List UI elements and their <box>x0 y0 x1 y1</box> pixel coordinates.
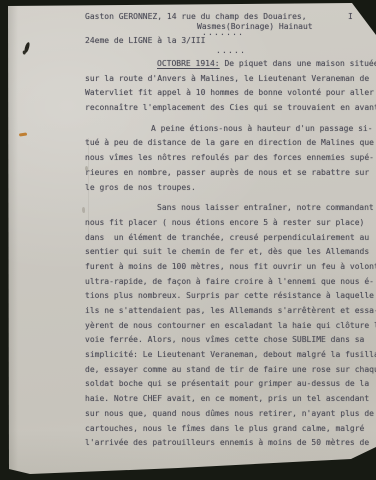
text-line: yèrent de nous contourner en escaladant … <box>85 319 376 334</box>
underlined-date-heading: OCTOBRE 1914: <box>157 59 220 68</box>
text-line: Sans nous laisser entraîner, notre comma… <box>85 201 376 216</box>
ink-blot <box>24 42 31 54</box>
text-line: tions plus nombreux. Surpris par cette r… <box>85 289 376 304</box>
text-line: cartouches, nous le fîmes dans le plus g… <box>85 422 376 437</box>
page-number: I <box>348 12 353 22</box>
scan-background: Gaston GERONNEZ, 14 rue du champ des Dou… <box>0 0 376 480</box>
text-line: OCTOBRE 1914: De piquet dans une maison … <box>85 57 376 72</box>
paragraph: A peine étions-nous à hauteur d'un passa… <box>85 122 376 195</box>
text-line: simplicité: Le Lieutenant Veraneman, deb… <box>85 348 376 363</box>
dotted-separator: ....... <box>202 30 244 36</box>
dotted-separator: ..... <box>216 48 246 54</box>
text-line: haie. Notre CHEF avait, en ce moment, pr… <box>85 392 376 407</box>
text-line: voie ferrée. Alors, nous vîmes cette cho… <box>85 333 376 348</box>
paper-smudge <box>85 166 88 171</box>
text-line: l'arrivée des patrouilleurs ennemis à mo… <box>85 436 376 451</box>
text-line: reconnaître l'emplacement des Cies qui s… <box>85 101 376 116</box>
text-line: A peine étions-nous à hauteur d'un passa… <box>85 122 376 137</box>
regiment-line: 24eme de LIGNE à la 3/III <box>85 36 205 46</box>
document-page: Gaston GERONNEZ, 14 rue du champ des Dou… <box>0 0 376 480</box>
text-line: ils ne s'attendaient pas, les Allemands … <box>85 304 376 319</box>
text-line: furent à moins de 100 mètres, nous fit o… <box>85 260 376 275</box>
text-line: sur nous que, quand nous dûmes nous reti… <box>85 407 376 422</box>
text-line: rieures en nombre, passer auprès de nous… <box>85 166 376 181</box>
text-line: sur la route d'Anvers à Malines, le Lieu… <box>85 72 376 87</box>
author-address-line: Gaston GERONNEZ, 14 rue du champ des Dou… <box>85 12 307 22</box>
paper-crease <box>88 138 89 238</box>
text-line: nous vîmes les nôtres refoulés par des f… <box>85 151 376 166</box>
letter-body: OCTOBRE 1914: De piquet dans une maison … <box>85 57 376 451</box>
text-line: sentier qui suit le chemin de fer et, dè… <box>85 245 376 260</box>
text-line: ultra-rapide, de façon à faire croire à … <box>85 275 376 290</box>
paper-speck <box>19 132 27 136</box>
text-line: le gros de nos troupes. <box>85 181 376 196</box>
text-line: soldat boche qui se présentait pour grim… <box>85 377 376 392</box>
paragraph: Sans nous laisser entraîner, notre comma… <box>85 201 376 451</box>
text-line: Watervliet fit appel à 10 hommes de bonn… <box>85 86 376 101</box>
paragraph: OCTOBRE 1914: De piquet dans une maison … <box>85 57 376 116</box>
text-line: nous fit placer ( nous étions encore 5 à… <box>85 216 376 231</box>
text-line: de, essayer comme au stand de tir de fai… <box>85 363 376 378</box>
text-line: tué à peu de distance de la gare en dire… <box>85 136 376 151</box>
text-line: dans un élément de tranchée, creusé perp… <box>85 231 376 246</box>
paper-smudge <box>82 207 85 213</box>
